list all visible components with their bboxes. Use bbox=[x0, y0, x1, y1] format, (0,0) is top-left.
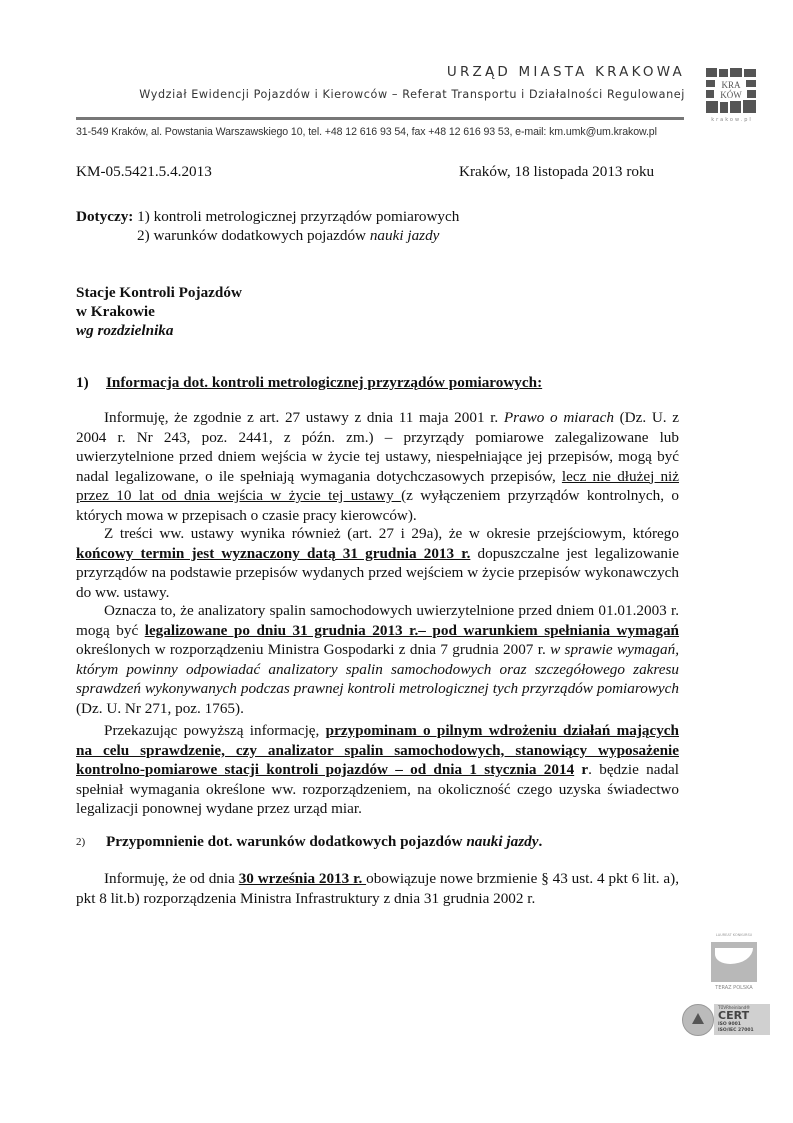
recipient-line-2: w Krakowie bbox=[76, 302, 155, 322]
subject-line-1: Dotyczy: 1) kontroli metrologicznej przy… bbox=[76, 207, 459, 227]
department-name: Wydział Ewidencji Pojazdów i Kierowców –… bbox=[139, 88, 685, 101]
section-2-title: Przypomnienie dot. warunków dodatkowych … bbox=[106, 832, 542, 852]
subject-line-2: 2) warunków dodatkowych pojazdów nauki j… bbox=[137, 226, 439, 246]
header-divider bbox=[76, 117, 684, 120]
logo-url: krakow.pl bbox=[705, 117, 759, 123]
section-1-paragraph-4: Przekazując powyższą informację, przypom… bbox=[76, 721, 679, 819]
teraz-polska-label: TERAZ POLSKA bbox=[707, 985, 761, 991]
section-1-paragraph-1: Informuję, że zgodnie z art. 27 ustawy z… bbox=[76, 408, 679, 525]
section-1-paragraph-3: Oznacza to, że analizatory spalin samoch… bbox=[76, 601, 679, 718]
office-name: URZĄD MIASTA KRAKOWA bbox=[447, 64, 685, 80]
office-address: 31-549 Kraków, al. Powstania Warszawskie… bbox=[76, 126, 657, 138]
tuv-seal-icon bbox=[682, 1004, 714, 1036]
section-2-number: 2) bbox=[76, 836, 85, 848]
section-1-number: 1) bbox=[76, 373, 89, 393]
section-1-title: Informacja dot. kontroli metrologicznej … bbox=[106, 373, 542, 393]
svg-text:KÓW: KÓW bbox=[720, 90, 742, 100]
subject-item-1: 1) kontroli metrologicznej przyrządów po… bbox=[137, 208, 459, 225]
section-1-paragraph-2: Z treści ww. ustawy wynika również (art.… bbox=[76, 524, 679, 602]
reference-number: KM-05.5421.5.4.2013 bbox=[76, 162, 212, 182]
subject-label: Dotyczy: bbox=[76, 208, 133, 225]
krakow-logo-icon: KRA KÓW bbox=[705, 67, 759, 121]
cert-title: CERT bbox=[718, 1009, 749, 1022]
cert-iso: ISO 9001ISO/IEC 27001 bbox=[718, 1022, 754, 1033]
recipient-line-1: Stacje Kontroli Pojazdów bbox=[76, 283, 242, 303]
tuv-cert-badge: TÜVRheinland® CERT ISO 9001ISO/IEC 27001 bbox=[680, 1002, 772, 1038]
document-date: Kraków, 18 listopada 2013 roku bbox=[459, 162, 654, 182]
teraz-polska-top-text: LAUREAT KONKURSU bbox=[711, 933, 757, 937]
teraz-polska-logo-icon bbox=[711, 942, 757, 982]
section-2-paragraph-1: Informuję, że od dnia 30 września 2013 r… bbox=[76, 869, 679, 908]
subject-item-2: 2) warunków dodatkowych pojazdów bbox=[137, 227, 366, 244]
recipient-line-3: wg rozdzielnika bbox=[76, 321, 173, 341]
subject-item-2-italic: nauki jazdy bbox=[370, 227, 440, 244]
svg-text:KRA: KRA bbox=[721, 80, 741, 90]
